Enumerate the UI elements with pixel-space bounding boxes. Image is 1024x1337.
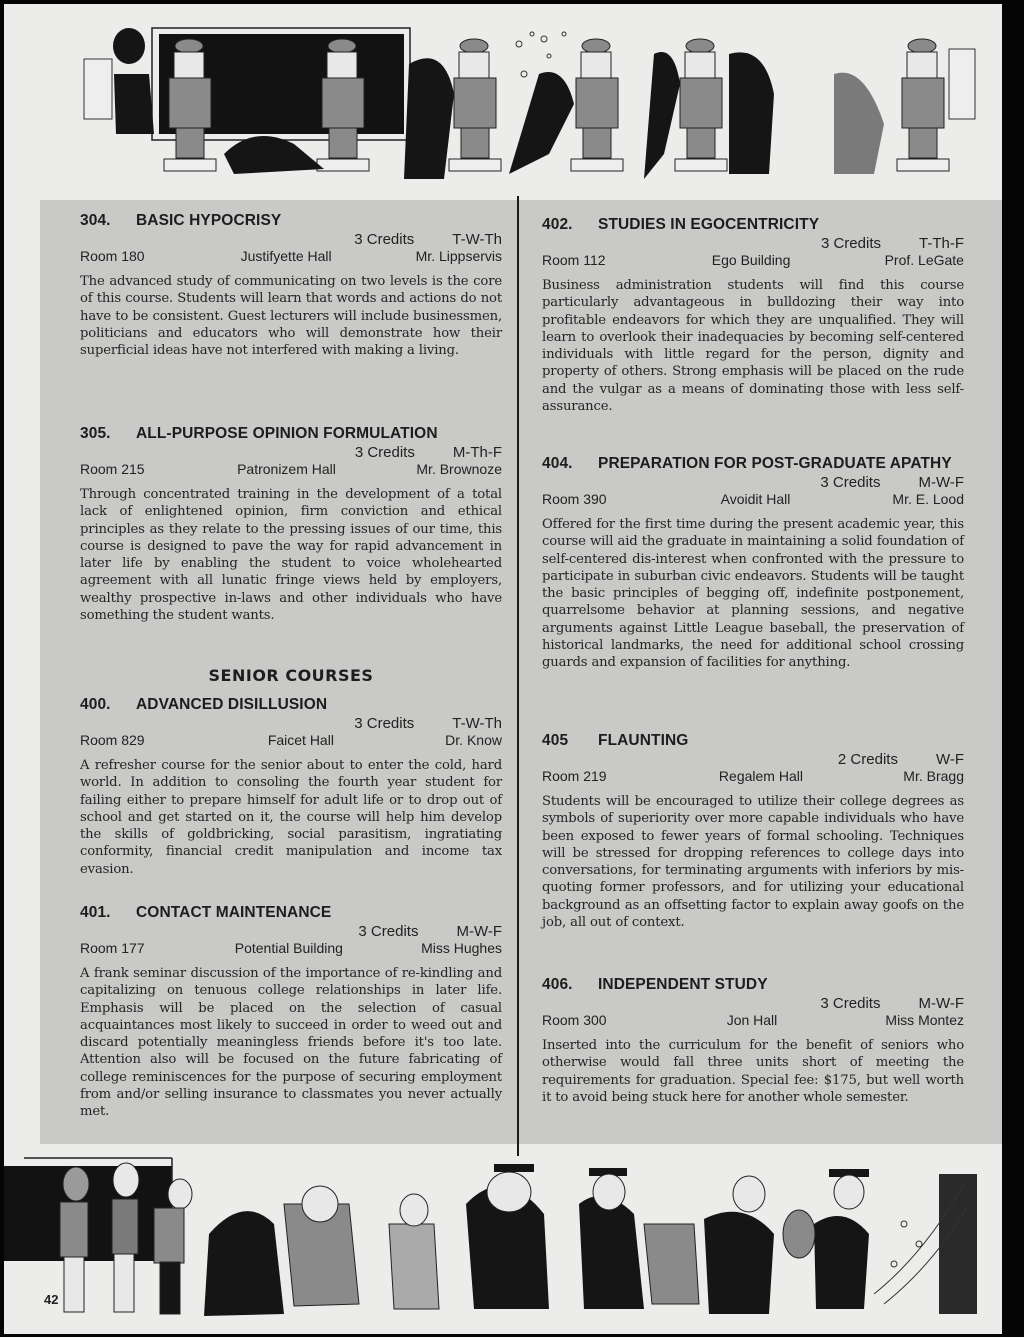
course-name: CONTACT MAINTENANCE bbox=[136, 904, 502, 921]
course-listing-panel: 304. BASIC HYPOCRISY 3 Credits T-W-Th Ro… bbox=[40, 200, 1002, 1144]
course-location: Room 219 Regalem Hall Mr. Bragg bbox=[542, 768, 964, 784]
course-days: M-Th-F bbox=[453, 444, 502, 461]
course-schedule: 3 Credits M-W-F bbox=[542, 474, 964, 491]
course-credits: 3 Credits bbox=[820, 474, 880, 491]
course-credits: 3 Credits bbox=[820, 995, 880, 1012]
course-description: The advanced study of communicating on t… bbox=[80, 273, 502, 359]
course-location: Room 390 Avoidit Hall Mr. E. Lood bbox=[542, 491, 964, 507]
course-description: Business administration students will fi… bbox=[542, 277, 964, 415]
course-days: T-W-Th bbox=[452, 231, 502, 248]
course-credits: 3 Credits bbox=[821, 235, 881, 252]
course-instructor: Miss Hughes bbox=[421, 940, 502, 956]
course-hall: Patronizem Hall bbox=[237, 461, 336, 477]
course-name: STUDIES IN EGOCENTRICITY bbox=[598, 216, 964, 233]
course-days: M-W-F bbox=[456, 923, 502, 940]
course-number: 405 bbox=[542, 732, 598, 749]
course-title: 406. INDEPENDENT STUDY bbox=[542, 976, 964, 993]
course-hall: Regalem Hall bbox=[719, 768, 803, 784]
course-hall: Justifyette Hall bbox=[241, 248, 332, 264]
course-name: PREPARATION FOR POST-GRADUATE APATHY bbox=[598, 455, 964, 472]
course-number: 404. bbox=[542, 455, 598, 472]
course-number: 402. bbox=[542, 216, 598, 233]
course-schedule: 3 Credits T-W-Th bbox=[80, 231, 502, 248]
column-divider bbox=[517, 196, 519, 1156]
course-title: 404. PREPARATION FOR POST-GRADUATE APATH… bbox=[542, 455, 964, 472]
course-room: Room 215 bbox=[80, 461, 145, 477]
course-instructor: Dr. Know bbox=[445, 732, 502, 748]
course-instructor: Prof. LeGate bbox=[885, 252, 964, 268]
course-description: Offered for the first time during the pr… bbox=[542, 516, 964, 672]
course-location: Room 215 Patronizem Hall Mr. Brownoze bbox=[80, 461, 502, 477]
course-credits: 3 Credits bbox=[354, 715, 414, 732]
course-credits: 3 Credits bbox=[358, 923, 418, 940]
course-room: Room 177 bbox=[80, 940, 145, 956]
course-room: Room 219 bbox=[542, 768, 607, 784]
course-title: 401. CONTACT MAINTENANCE bbox=[80, 904, 502, 921]
course-name: INDEPENDENT STUDY bbox=[598, 976, 964, 993]
course-room: Room 829 bbox=[80, 732, 145, 748]
course-location: Room 829 Faicet Hall Dr. Know bbox=[80, 732, 502, 748]
bottom-cartoon-illustration bbox=[4, 1144, 1002, 1334]
course-hall: Potential Building bbox=[235, 940, 343, 956]
course-number: 401. bbox=[80, 904, 136, 921]
course-location: Room 177 Potential Building Miss Hughes bbox=[80, 940, 502, 956]
course-title: 305. ALL-PURPOSE OPINION FORMULATION bbox=[80, 425, 502, 442]
cartoon-strip-top-icon bbox=[4, 4, 1002, 200]
course-name: BASIC HYPOCRISY bbox=[136, 212, 502, 229]
course-location: Room 300 Jon Hall Miss Montez bbox=[542, 1012, 964, 1028]
course-schedule: 3 Credits T-W-Th bbox=[80, 715, 502, 732]
course-schedule: 3 Credits T-Th-F bbox=[542, 235, 964, 252]
course-schedule: 3 Credits M-Th-F bbox=[80, 444, 502, 461]
course-instructor: Miss Montez bbox=[885, 1012, 964, 1028]
course-hall: Faicet Hall bbox=[268, 732, 334, 748]
course-location: Room 180 Justifyette Hall Mr. Lippservis bbox=[80, 248, 502, 264]
course-instructor: Mr. Lippservis bbox=[416, 248, 502, 264]
course-room: Room 390 bbox=[542, 491, 607, 507]
course-location: Room 112 Ego Building Prof. LeGate bbox=[542, 252, 964, 268]
course-description: Through concentrated training in the dev… bbox=[80, 486, 502, 624]
course-entry-401: 401. CONTACT MAINTENANCE 3 Credits M-W-F… bbox=[80, 904, 502, 1121]
section-heading: SENIOR COURSES bbox=[80, 666, 502, 685]
course-entry-402: 402. STUDIES IN EGOCENTRICITY 3 Credits … bbox=[542, 216, 964, 415]
course-instructor: Mr. E. Lood bbox=[892, 491, 964, 507]
course-room: Room 300 bbox=[542, 1012, 607, 1028]
course-entry-404: 404. PREPARATION FOR POST-GRADUATE APATH… bbox=[542, 455, 964, 672]
course-schedule: 3 Credits M-W-F bbox=[80, 923, 502, 940]
course-instructor: Mr. Bragg bbox=[903, 768, 964, 784]
course-hall: Jon Hall bbox=[727, 1012, 778, 1028]
course-hall: Ego Building bbox=[712, 252, 791, 268]
course-schedule: 2 Credits W-F bbox=[542, 751, 964, 768]
course-schedule: 3 Credits M-W-F bbox=[542, 995, 964, 1012]
course-credits: 3 Credits bbox=[355, 444, 415, 461]
course-entry-406: 406. INDEPENDENT STUDY 3 Credits M-W-F R… bbox=[542, 976, 964, 1106]
course-title: 304. BASIC HYPOCRISY bbox=[80, 212, 502, 229]
course-number: 406. bbox=[542, 976, 598, 993]
course-description: A frank seminar discussion of the import… bbox=[80, 965, 502, 1121]
course-name: ADVANCED DISILLUSION bbox=[136, 696, 502, 713]
course-name: ALL-PURPOSE OPINION FORMULATION bbox=[136, 425, 502, 442]
top-cartoon-illustration bbox=[4, 4, 1002, 200]
course-entry-405: 405 FLAUNTING 2 Credits W-F Room 219 Reg… bbox=[542, 732, 964, 931]
course-days: T-Th-F bbox=[919, 235, 964, 252]
course-hall: Avoidit Hall bbox=[721, 491, 791, 507]
course-room: Room 112 bbox=[542, 252, 606, 268]
course-name: FLAUNTING bbox=[598, 732, 964, 749]
course-number: 400. bbox=[80, 696, 136, 713]
page-number: 42 bbox=[44, 1292, 58, 1307]
course-days: M-W-F bbox=[918, 474, 964, 491]
course-credits: 2 Credits bbox=[838, 751, 898, 768]
cartoon-strip-bottom-icon bbox=[4, 1144, 1002, 1334]
course-entry-304: 304. BASIC HYPOCRISY 3 Credits T-W-Th Ro… bbox=[80, 212, 502, 359]
course-entry-400: 400. ADVANCED DISILLUSION 3 Credits T-W-… bbox=[80, 696, 502, 878]
course-days: T-W-Th bbox=[452, 715, 502, 732]
course-room: Room 180 bbox=[80, 248, 145, 264]
course-description: Inserted into the curriculum for the ben… bbox=[542, 1037, 964, 1106]
course-days: W-F bbox=[936, 751, 964, 768]
course-title: 405 FLAUNTING bbox=[542, 732, 964, 749]
course-credits: 3 Credits bbox=[354, 231, 414, 248]
course-entry-305: 305. ALL-PURPOSE OPINION FORMULATION 3 C… bbox=[80, 425, 502, 624]
course-instructor: Mr. Brownoze bbox=[416, 461, 502, 477]
course-number: 304. bbox=[80, 212, 136, 229]
course-number: 305. bbox=[80, 425, 136, 442]
course-title: 402. STUDIES IN EGOCENTRICITY bbox=[542, 216, 964, 233]
course-title: 400. ADVANCED DISILLUSION bbox=[80, 696, 502, 713]
course-description: A refresher course for the senior about … bbox=[80, 757, 502, 878]
course-description: Students will be encouraged to utilize t… bbox=[542, 793, 964, 931]
magazine-page: 304. BASIC HYPOCRISY 3 Credits T-W-Th Ro… bbox=[4, 4, 1002, 1334]
course-days: M-W-F bbox=[918, 995, 964, 1012]
